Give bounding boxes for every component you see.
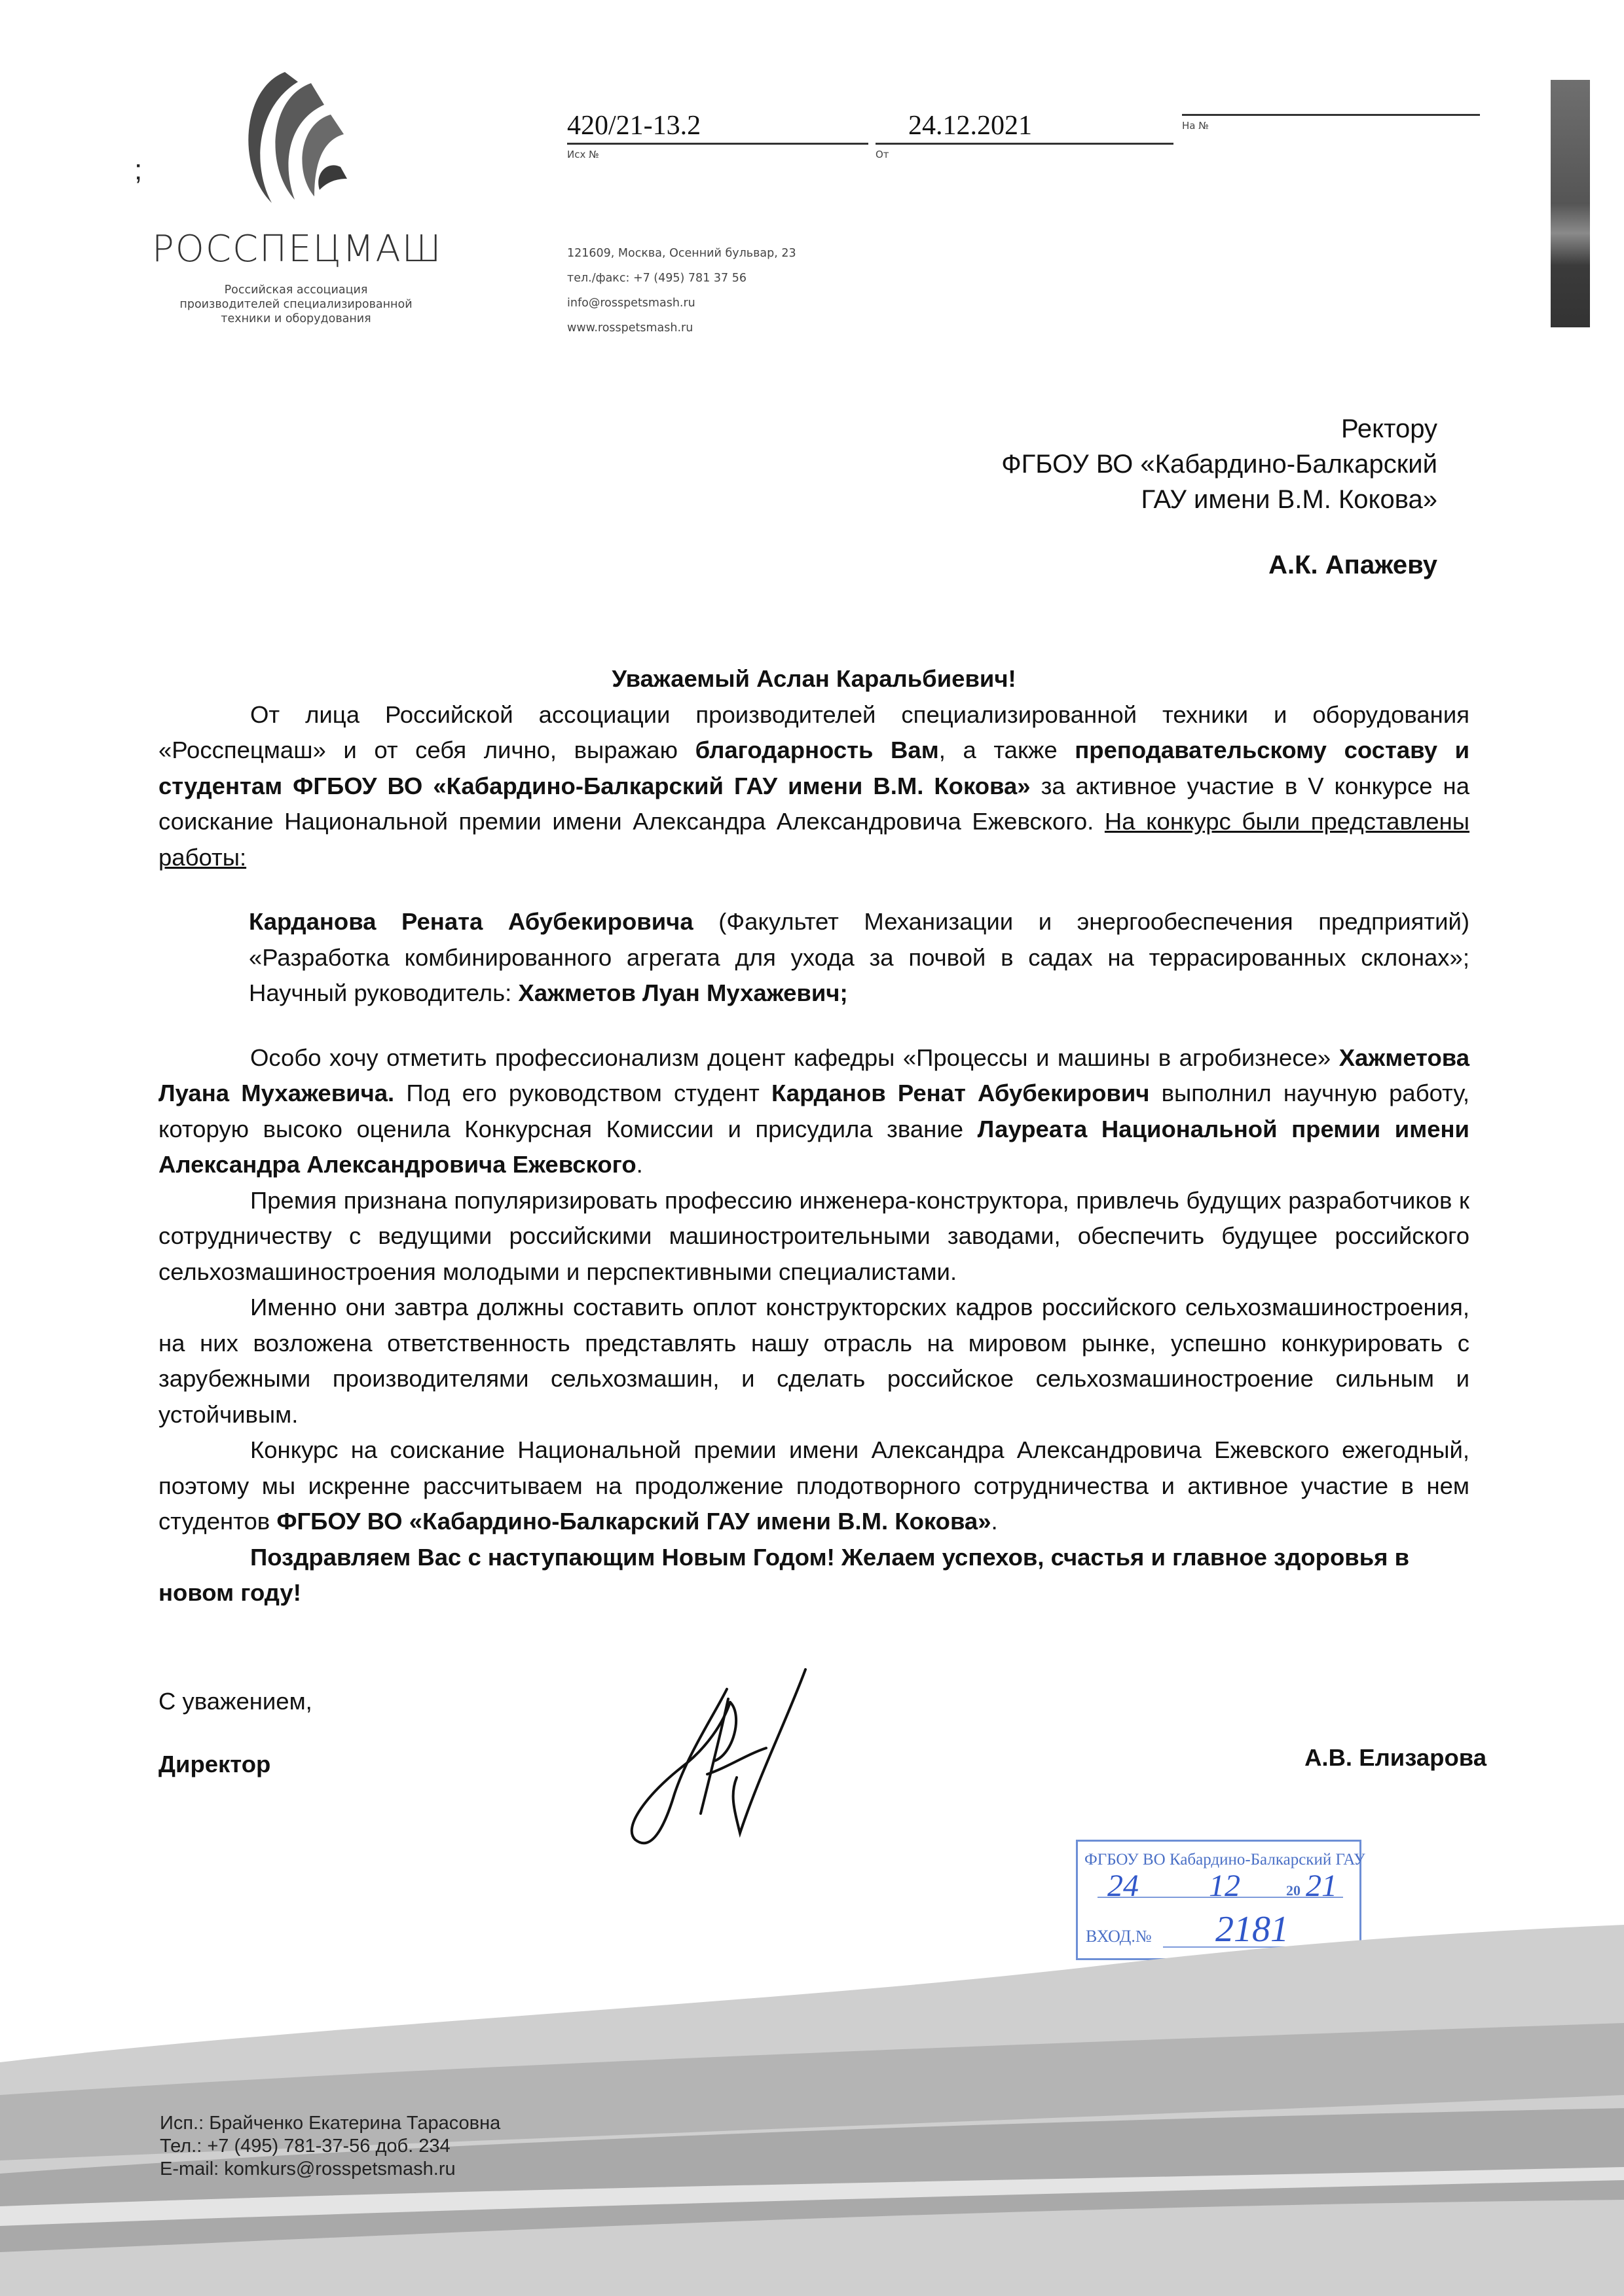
- paragraph-prize-purpose: Премия признана популяризировать професс…: [158, 1183, 1469, 1290]
- reply-to-field: На №: [1182, 111, 1480, 156]
- paragraph-gratitude: От лица Российской ассоциации производит…: [158, 697, 1469, 876]
- addressee-line: ГАУ имени В.М. Кокова»: [1001, 482, 1437, 517]
- text: Под его руководством студент: [394, 1080, 771, 1106]
- executor-name: Исп.: Брайченко Екатерина Тарасовна: [160, 2112, 500, 2135]
- org-website: www.rosspetsmash.ru: [567, 316, 796, 340]
- footer-wave-decoration: [0, 1925, 1624, 2296]
- paragraph-recognition: Особо хочу отметить профессионализм доце…: [158, 1040, 1469, 1183]
- executor-phone: Тел.: +7 (495) 781-37-56 доб. 234: [160, 2135, 500, 2158]
- salutation: Уважаемый Аслан Каральбиевич!: [158, 661, 1469, 697]
- divider: [567, 143, 868, 145]
- handwritten-signature-icon: [589, 1663, 851, 1859]
- divider: [876, 143, 1173, 145]
- paragraph-future: Именно они завтра должны составить оплот…: [158, 1290, 1469, 1432]
- divider: [1098, 1897, 1343, 1898]
- submitted-work: Карданова Рената Абубекировича (Факульте…: [249, 904, 1469, 1011]
- org-name: РОССПЕЦМАШ: [152, 228, 440, 270]
- org-subtitle-line: производителей специализированной: [152, 297, 440, 312]
- text: .: [991, 1508, 998, 1535]
- closing-phrase: С уважением,: [158, 1688, 312, 1715]
- addressee-line: ФГБОУ ВО «Кабардино-Балкарский: [1001, 446, 1437, 482]
- addressee-block: Ректору ФГБОУ ВО «Кабардино-Балкарский Г…: [1001, 411, 1437, 583]
- org-phone: тел./факс: +7 (495) 781 37 56: [567, 266, 796, 291]
- outgoing-number-label: Исх №: [567, 149, 868, 160]
- addressee-line: Ректору: [1001, 411, 1437, 446]
- letter-body: Уважаемый Аслан Каральбиевич! От лица Ро…: [158, 661, 1469, 1611]
- work-supervisor: Хажметов Луан Мухажевич;: [518, 979, 847, 1006]
- date-field: 24.12.2021 От: [876, 111, 1173, 156]
- date-value: 24.12.2021: [876, 111, 1173, 140]
- org-address: 121609, Москва, Осенний бульвар, 23: [567, 241, 796, 266]
- divider: [1182, 114, 1480, 116]
- rosspetsmash-logo-icon: [216, 69, 380, 210]
- org-subtitle-line: техники и оборудования: [152, 312, 440, 326]
- bold-text: Карданов Ренат Абубекирович: [771, 1080, 1149, 1106]
- work-author: Карданова Рената Абубекировича: [249, 908, 693, 935]
- signer-position: Директор: [158, 1751, 270, 1778]
- work-faculty: (Факультет Механизации и энергообеспечен…: [693, 908, 1469, 935]
- text: , а также: [939, 737, 1075, 763]
- stamp-org-name: ФГБОУ ВО Кабардино-Балкарский ГАУ: [1084, 1851, 1365, 1869]
- executor-info: Исп.: Брайченко Екатерина Тарасовна Тел.…: [160, 2112, 500, 2181]
- outgoing-number-field: 420/21-13.2 Исх №: [567, 111, 868, 156]
- stray-semicolon-mark: ;: [134, 154, 142, 187]
- paragraph-new-year-greeting: Поздравляем Вас с наступающим Новым Годо…: [158, 1540, 1469, 1611]
- bold-text: ФГБОУ ВО «Кабардино-Балкарский ГАУ имени…: [276, 1508, 991, 1535]
- stamp-day: 24: [1107, 1868, 1139, 1904]
- text: .: [637, 1151, 643, 1178]
- work-title: «Разработка комбинированного агрегата дл…: [249, 944, 1469, 1007]
- signer-name: А.В. Елизарова: [1304, 1744, 1486, 1772]
- reply-to-label: На №: [1182, 120, 1480, 132]
- org-email: info@rosspetsmash.ru: [567, 291, 796, 316]
- org-contacts: 121609, Москва, Осенний бульвар, 23 тел.…: [567, 241, 796, 340]
- addressee-name: А.К. Апажеву: [1001, 547, 1437, 583]
- scan-edge-bar: [1551, 80, 1590, 327]
- outgoing-number-value: 420/21-13.2: [567, 111, 868, 140]
- stamp-year: 21: [1306, 1868, 1337, 1904]
- stamp-month: 12: [1209, 1868, 1240, 1904]
- org-subtitle-line: Российская ассоциация: [152, 283, 440, 297]
- org-subtitle: Российская ассоциация производителей спе…: [152, 283, 440, 326]
- date-label: От: [876, 149, 1173, 160]
- bold-text: благодарность Вам: [695, 737, 939, 763]
- paragraph-annual-contest: Конкурс на соискание Национальной премии…: [158, 1432, 1469, 1540]
- text: Особо хочу отметить профессионализм доце…: [250, 1044, 1339, 1071]
- executor-email: E-mail: komkurs@rosspetsmash.ru: [160, 2158, 500, 2181]
